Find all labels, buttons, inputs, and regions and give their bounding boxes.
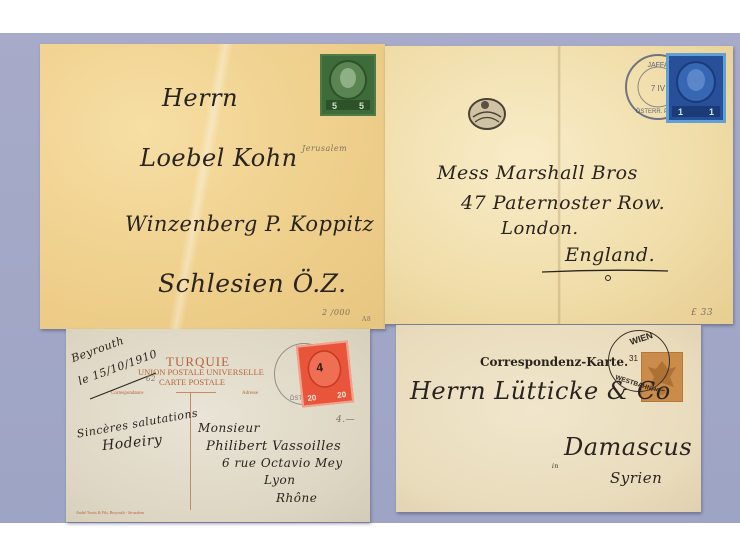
card-type-heading: CARTE POSTALE [159,377,225,387]
blue-stamp: 1 1 [666,53,726,123]
postcard-bottom-left: TURQUIE UNION POSTALE UNIVERSELLE CARTE … [66,329,370,522]
address-line-4: Schlesien Ö.Z. [158,269,347,298]
svg-text:31: 31 [629,354,638,363]
address-line-1: Herrn [162,84,238,112]
pencil-note: Jerusalem [302,144,347,153]
emperor-portrait-icon: 5 5 [322,56,374,114]
address-line-4: England. [565,244,655,266]
divider-line-top [176,392,216,393]
address-line-3: London. [501,218,579,239]
svg-text:1: 1 [709,107,714,117]
address-line-3: 6 rue Octavio Mey [222,456,343,470]
svg-text:5: 5 [359,101,364,111]
address-line-2: Loebel Kohn [140,144,298,172]
publisher-imprint: André Terzis & Fils, Beyrouth - Jérusale… [76,510,144,515]
address-line-1: Mess Marshall Bros [437,162,638,184]
svg-text:20: 20 [337,390,347,400]
address-line-2: 47 Paternoster Row. [461,192,665,214]
underline-flourish [540,268,670,282]
address-label: Adresse [242,391,258,396]
postcard-bottom-right: Correspondenz-Karte. WIEN 31 WESTBAHNHOF… [396,325,701,512]
signature: Hodeiry [101,432,163,454]
address-line-1: Herrn Lütticke & Co [410,377,671,405]
address-line-3: Syrien [610,469,662,487]
lot-mark: A8 [362,316,371,323]
card-title: Correspondenz-Karte. [480,355,628,369]
envelope-top-right: JAFFA 7 IV ÖSTERR. POST 1 1 Mess Marshal… [385,46,733,324]
photograph: 5 5 Herrn Loebel Kohn Winzenberg P. Kopp… [0,33,740,523]
svg-text:WIEN: WIEN [629,331,654,347]
pencil-price: 2 /000 [322,308,351,317]
svg-text:5: 5 [332,101,337,111]
address-line-3: Winzenberg P. Koppitz [125,212,374,236]
red-stamp: 4 20 20 [296,340,354,407]
lot-mark: £ 33 [691,308,713,318]
embossed-seal-icon [467,95,507,131]
address-line-5: Rhône [276,491,317,505]
envelope-top-left: 5 5 Herrn Loebel Kohn Winzenberg P. Kopp… [40,44,385,329]
address-line-4: Lyon [264,473,296,487]
svg-text:7 IV: 7 IV [651,84,666,93]
emperor-portrait-icon: 4 20 20 [298,343,352,406]
address-line-2: Philibert Vassoilles [206,439,341,454]
emperor-portrait-icon: 1 1 [669,56,723,120]
green-stamp: 5 5 [320,54,376,116]
pencil-mark: 62 [146,375,156,383]
svg-text:1: 1 [678,107,683,117]
pencil-price: 4.— [336,415,355,425]
address-line-2: Damascus [564,433,692,461]
svg-text:20: 20 [307,393,317,403]
address-line-1: Monsieur [198,421,260,435]
address-small: in [552,463,559,470]
